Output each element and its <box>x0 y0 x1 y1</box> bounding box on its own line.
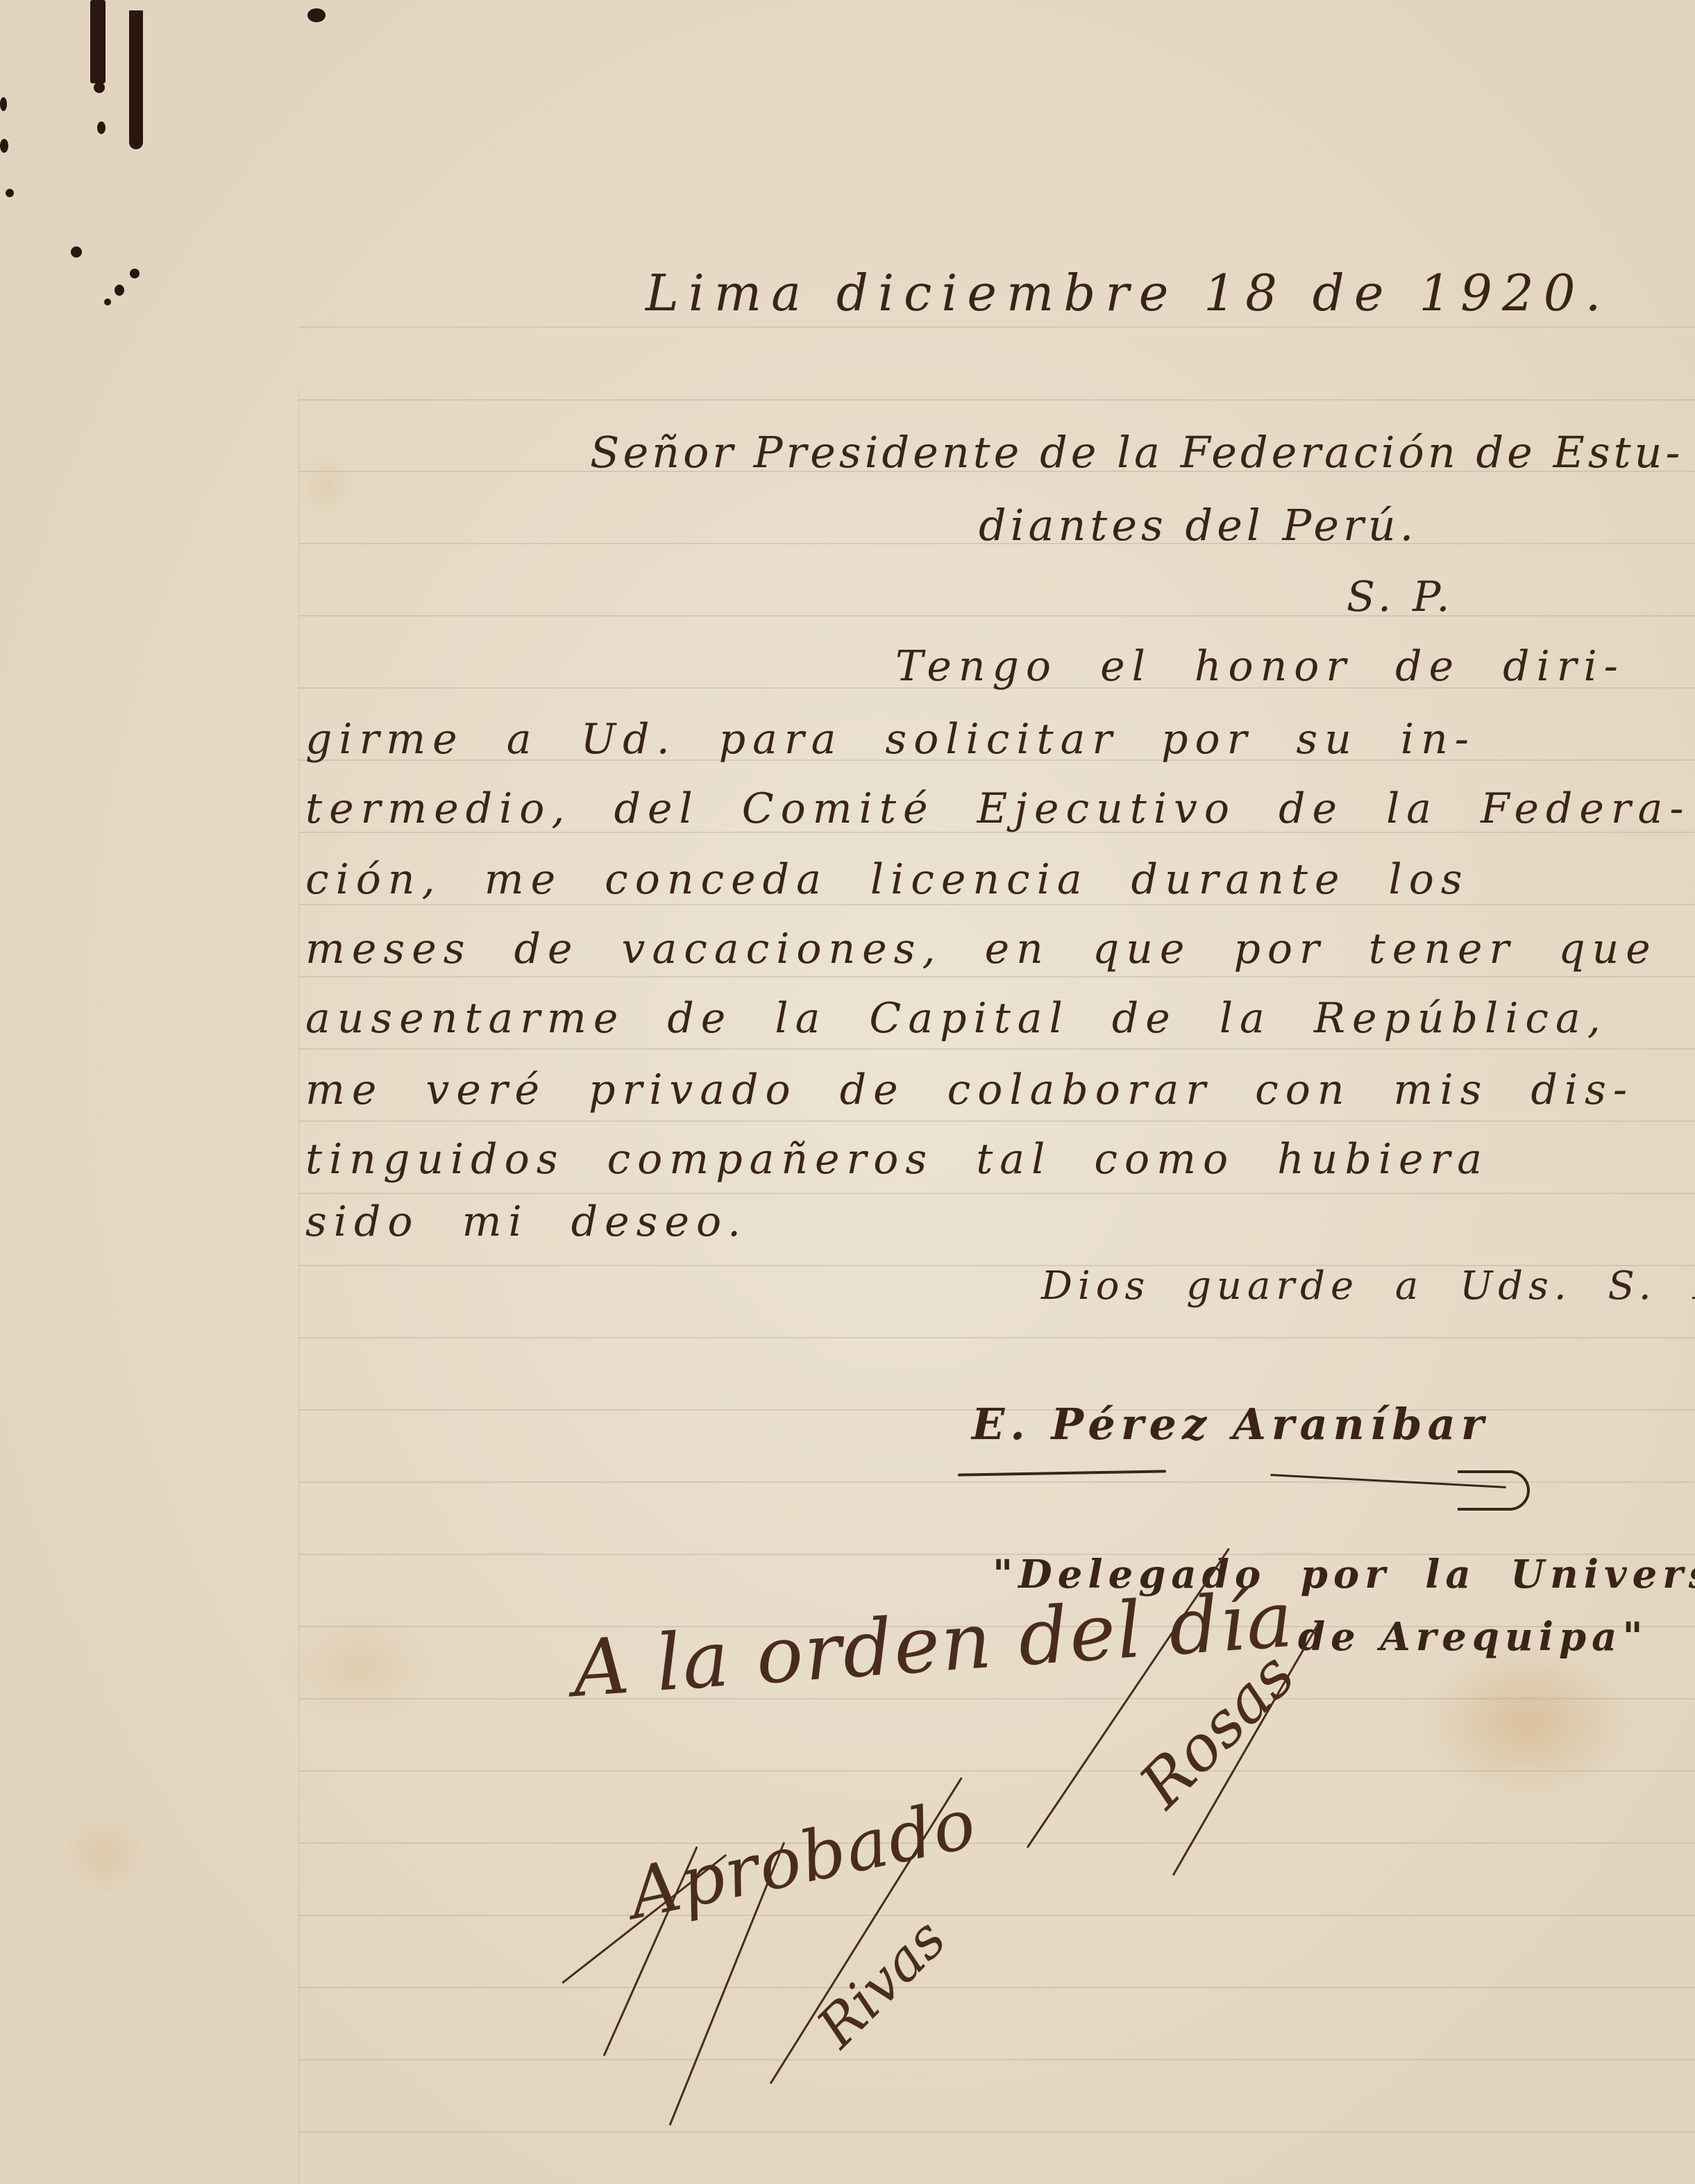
rule-line <box>298 1770 1695 1772</box>
rule-line <box>298 976 1695 977</box>
signature: E. Pérez Araníbar <box>972 1399 1490 1450</box>
margin-line <box>298 389 300 2184</box>
body-line: meses de vacaciones, en que por tener qu… <box>305 925 1658 973</box>
ink-dot <box>0 139 8 153</box>
ink-dot <box>6 189 14 197</box>
body-line: girme a Ud. para solicitar por su in- <box>305 715 1476 764</box>
ink-dot <box>97 121 106 134</box>
rule-line <box>298 1048 1695 1050</box>
rule-line <box>298 1915 1695 1916</box>
salutation-line-2: diantes del Perú. <box>979 500 1417 551</box>
body-line: tinguidos compañeros tal como hubiera <box>305 1135 1489 1184</box>
rule-line <box>298 2131 1695 2133</box>
rule-line <box>298 904 1695 905</box>
body-line: termedio, del Comité Ejecutivo de la Fed… <box>305 784 1691 833</box>
rule-line <box>298 1193 1695 1194</box>
signer-title-line-2: de Arequipa" <box>1298 1614 1648 1660</box>
ink-dot <box>104 299 111 305</box>
rule-line <box>298 1987 1695 1988</box>
signature-flourish-curl <box>1458 1470 1530 1511</box>
rule-line <box>298 1698 1695 1699</box>
ink-bar <box>90 0 106 83</box>
date-line: Lima diciembre 18 de 1920. <box>646 264 1611 322</box>
ink-dot <box>71 246 82 258</box>
ink-dot <box>130 269 140 278</box>
body-line: sido mi deseo. <box>305 1198 748 1246</box>
ink-dot <box>115 285 124 296</box>
ink-dot <box>307 8 326 22</box>
body-line: ausentarme de la Capital de la República… <box>305 994 1608 1043</box>
salutation-line-3: S. P. <box>1347 573 1453 621</box>
salutation-line-1: Señor Presidente de la Federación de Est… <box>590 427 1683 478</box>
rule-line <box>298 1337 1695 1338</box>
body-line: Tengo el honor de diri- <box>895 642 1625 691</box>
body-line: ción, me conceda licencia durante los <box>305 855 1469 904</box>
closing-line: Dios guarde a Uds. S. P. <box>1041 1263 1695 1309</box>
rule-line <box>298 1120 1695 1122</box>
body-line: me veré privado de colaborar con mis dis… <box>305 1066 1634 1114</box>
rule-line <box>298 1842 1695 1844</box>
rule-line <box>298 399 1695 401</box>
ink-bar <box>129 10 143 149</box>
rule-line <box>298 326 1695 328</box>
ink-dot <box>0 97 7 111</box>
rule-line <box>298 615 1695 616</box>
ink-dot <box>94 82 105 93</box>
rule-line <box>298 2059 1695 2060</box>
